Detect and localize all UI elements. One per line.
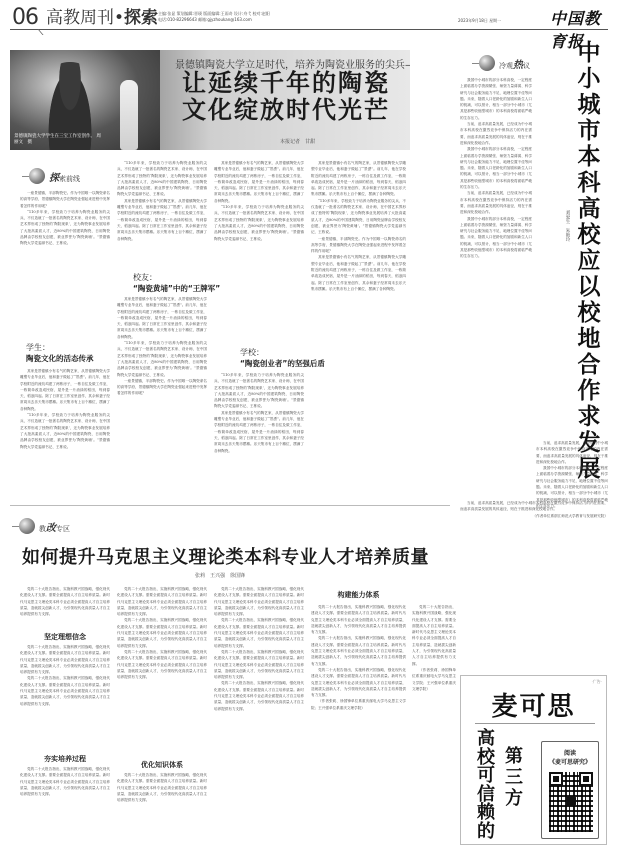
section-head-students: 学生： 陶瓷文化的活态传承 xyxy=(26,342,94,364)
body-text: 当前，追求高质量发展，已经成为中小城市本科高校在激烈竞争中保持活力的内在需要，而… xyxy=(460,121,532,146)
body-text: 当前，追求高质量发展，已经成为中小城市本科高校在激烈竞争中保持活力的内在需要，而… xyxy=(536,440,608,465)
badge-label: 冷观热议 xyxy=(499,56,530,71)
porcelain-statue xyxy=(120,80,138,150)
student-sculpting-photo: 景德镇陶瓷大学学生在三宝工作室创作。 周丽文 摄 xyxy=(10,50,160,150)
reform-column-1b: 党的二十大报告指出，实施科教兴国战略，强化现代化建设人才支撑。需要全面提高人才自… xyxy=(20,644,110,750)
commentary-intro: 我国中小城市的部分本科高校，一定程度上面临着办学资源紧张、师资力量薄弱、科学研究… xyxy=(460,77,532,121)
reform-column-2b: 党的二十大报告指出，实施科教兴国战略，强化现代化建设人才支撑。需要全面提高人才自… xyxy=(117,772,207,846)
body-text: 党的二十大报告指出，实施科教兴国战略，强化现代化建设人才支撑。需要全面提高人才自… xyxy=(117,586,207,617)
body-text: “110多年来，学校致力于培养为陶瓷业服务的尖兵，不仅造就了一批著名的陶瓷艺术家… xyxy=(214,372,304,410)
body-text: 一座景德镇，半部陶瓷史。作为中国唯一以陶瓷命名的高等学府，景德镇陶瓷大学在陶瓷业… xyxy=(117,378,207,397)
body-text: “110多年来，学校致力于培养为陶瓷业服务的尖兵，不仅造就了一批著名的陶瓷艺术家… xyxy=(20,412,110,450)
column-badge-commentary: 冷观热议 xyxy=(472,55,530,71)
subhead-ability: 构建能力体系 xyxy=(311,590,406,600)
badge-emphasis: 改 xyxy=(46,523,56,534)
globe-icon xyxy=(479,55,495,71)
globe-icon xyxy=(19,518,35,534)
globe-icon xyxy=(29,168,45,184)
lead-column-2b: 其家是景德镇小有名气的陶艺家，从景德镇陶瓷大学雕塑专业毕业后，他和妻子做起了“景… xyxy=(117,296,207,498)
body-text: 党的二十大报告指出，实施科教兴国战略，强化现代化建设人才支撑。需要全面提高人才自… xyxy=(117,617,207,648)
author-affiliation: （作者单位系浙江师范大学教育与发展研究院） xyxy=(460,513,608,519)
section-divider xyxy=(10,505,450,506)
body-text: 其家是景德镇小有名气的陶艺家，从景德镇陶瓷大学雕塑专业毕业后，他和妻子做起了“景… xyxy=(117,296,207,340)
body-text: 党的二十大报告指出，实施科教兴国战略，强化现代化建设人才支撑。需要全面提高人才自… xyxy=(20,766,110,797)
badge-rest: 索前线 xyxy=(59,175,80,183)
reform-intro: 党的二十大报告指出，实施科教兴国战略，强化现代化建设人才支撑。需要全面提高人才自… xyxy=(20,586,110,617)
ad-divider xyxy=(475,723,595,724)
reform-column-4: 党的二十大报告指出，实施科教兴国战略，强化现代化建设人才支撑。需要全面提高人才自… xyxy=(311,604,406,836)
commentary-column-1: 我国中小城市的部分本科高校，一定程度上面临着办学资源紧张、师资力量薄弱、科学研究… xyxy=(460,77,532,497)
subhead-knowledge: 优化知识体系 xyxy=(117,760,207,770)
lead-column-3: 其家是景德镇小有名气的陶艺家，从景德镇陶瓷大学雕塑专业毕业后，他和妻子做起了“景… xyxy=(214,160,304,325)
body-text: “110多年来，学校致力于培养为陶瓷业服务的尖兵，不仅造就了一批著名的陶瓷艺术家… xyxy=(214,204,304,242)
lead-intro: 一座景德镇，半部陶瓷史。作为中国唯一以陶瓷命名的高等学府，景德镇陶瓷大学在陶瓷业… xyxy=(20,190,110,209)
lead-column-4: 其家是景德镇小有名气的陶艺家，从景德镇陶瓷大学雕塑专业毕业后，他和妻子做起了“景… xyxy=(311,160,406,498)
lead-column-1: 一座景德镇，半部陶瓷史。作为中国唯一以陶瓷命名的高等学府，景德镇陶瓷大学在陶瓷业… xyxy=(20,190,110,330)
body-text: 其家是景德镇小有名气的陶艺家，从景德镇陶瓷大学雕塑专业毕业后，他和妻子做起了“景… xyxy=(311,254,406,292)
publication-name: 《麦可思研究》 xyxy=(542,758,598,767)
badge-prefix: 探 xyxy=(49,173,59,184)
editorial-credits: 主编:张显 策划编辑:晋瑛 版面编辑:王雨奇 设计:舟弋 校对:赵阳 电话:01… xyxy=(158,11,338,23)
reform-column-3: 党的二十大报告指出，实施科教兴国战略，强化现代化建设人才支撑。需要全面提高人才自… xyxy=(214,586,304,846)
subhead-process: 夯实培养过程 xyxy=(20,754,110,764)
qr-code-icon[interactable] xyxy=(549,772,593,832)
body-text: 党的二十大报告指出，实施科教兴国战略，强化现代化建设人才支撑。需要全面提高人才自… xyxy=(214,586,304,617)
body-text: “110多年来，学校致力于培养为陶瓷业服务的尖兵，不仅造就了一批著名的陶瓷艺术家… xyxy=(117,160,207,198)
reform-column-1c: 党的二十大报告指出，实施科教兴国战略，强化现代化建设人才支撑。需要全面提高人才自… xyxy=(20,766,110,846)
header-rule xyxy=(10,29,608,30)
badge-suffix: 专区 xyxy=(56,525,70,533)
body-text: 我国中小城市的部分本科高校，一定程度上面临着办学资源紧张、师资力量薄弱、科学研究… xyxy=(460,146,532,190)
commentary-column-3: 当前，追求高质量发展，已经成为中小城市本科高校在激烈竞争中保持活力的内在需要，而… xyxy=(460,500,608,540)
reform-column-1: 党的二十大报告指出，实施科教兴国战略，强化现代化建设人才支撑。需要全面提高人才自… xyxy=(20,586,110,628)
reform-column-5: 党的二十大报告指出，实施科教兴国战略，强化现代化建设人才支撑。需要全面提高人才自… xyxy=(412,604,456,836)
reform-column-2: 党的二十大报告指出，实施科教兴国战略，强化现代化建设人才支撑。需要全面提高人才自… xyxy=(117,586,207,756)
body-text: 当前，追求高质量发展，已经成为中小城市本科高校在激烈竞争中保持活力的内在需要，而… xyxy=(460,190,532,215)
author-affiliation: （作者张莉、徐国锋单位系重庆邮电大学马克思主义学院；王兴强单位系重庆文理学院） xyxy=(311,698,406,711)
ad-qr-panel[interactable]: 阅读 《麦可思研究》 xyxy=(541,741,599,839)
dateline: 2023年9月18日 星期一 xyxy=(458,18,501,24)
headline-line-1: 让延续千年的陶瓷 xyxy=(182,70,390,97)
subhead-ideals: 坚定理想信念 xyxy=(20,632,110,642)
section-kicker: 校友： xyxy=(133,272,220,283)
contact-line: 电话:010-82296643 邮箱:gjyzhoukan@163.com xyxy=(158,17,338,23)
second-byline: 张莉 王兴强 徐国锋 xyxy=(195,572,245,579)
body-text: 党的二十大报告指出，实施科教兴国战略，强化现代化建设人才支撑。需要全面提高人才自… xyxy=(117,772,207,803)
lead-column-2: “110多年来，学校致力于培养为陶瓷业服务的尖兵，不仅造就了一批著名的陶瓷艺术家… xyxy=(117,160,207,265)
section-head-alumni: 校友： “陶瓷黄埔”中的“王牌军” xyxy=(133,272,220,294)
body-text: 党的二十大报告指出，实施科教兴国战略，强化现代化建设人才支撑。需要全面提高人才自… xyxy=(214,649,304,680)
body-text: 当前，追求高质量发展，已经成为中小城市本科高校在激烈竞争中保持活力的内在需要，而… xyxy=(460,500,608,513)
body-text: 党的二十大报告指出，实施科教兴国战略，强化现代化建设人才支撑。需要全面提高人才自… xyxy=(311,635,406,666)
section-title-main: 高教周刊 xyxy=(46,8,114,28)
photo-caption: 景德镇陶瓷大学学生在三宝工作室创作。 周丽文 摄 xyxy=(14,134,104,146)
body-text: 其家是景德镇小有名气的陶艺家，从景德镇陶瓷大学雕塑专业毕业后，他和妻子做起了“景… xyxy=(20,368,110,412)
lead-column-1b: 其家是景德镇小有名气的陶艺家，从景德镇陶瓷大学雕塑专业毕业后，他和妻子做起了“景… xyxy=(20,368,110,498)
body-text: 其家是景德镇小有名气的陶艺家，从景德镇陶瓷大学雕塑专业毕业后，他和妻子做起了“景… xyxy=(214,160,304,204)
masthead: 06 高教周刊•探索 主编:张显 策划编辑:晋瑛 版面编辑:王雨奇 设计:舟弋 … xyxy=(10,4,610,32)
author-affiliation: （作者张莉、徐国锋单位系重庆邮电大学马克思主义学院；王兴强单位系重庆文理学院） xyxy=(412,667,456,692)
lead-article-hero: 景德镇陶瓷大学学生在三宝工作室创作。 周丽文 摄 景德镇陶瓷大学立足时代，培养为… xyxy=(10,50,410,150)
read-label: 阅读 xyxy=(542,749,598,758)
section-title: 高教周刊•探索 xyxy=(46,8,158,28)
body-text: 党的二十大报告指出，实施科教兴国战略，强化现代化建设人才支撑。需要全面提高人才自… xyxy=(214,680,304,711)
column-badge-explore: 探索前线 xyxy=(22,168,80,184)
badge-prefix: 教 xyxy=(39,525,46,533)
body-text: 其家是景德镇小有名气的陶艺家，从景德镇陶瓷大学雕塑专业毕业后，他和妻子做起了“景… xyxy=(311,160,406,198)
body-text: 党的二十大报告指出，实施科教兴国战略，强化现代化建设人才支撑。需要全面提高人才自… xyxy=(20,675,110,706)
body-text: 党的二十大报告指出，实施科教兴国战略，强化现代化建设人才支撑。需要全面提高人才自… xyxy=(412,604,456,667)
lead-para: “110多年来，学校致力于培养为陶瓷业服务的尖兵，不仅造就了一批著名的陶瓷艺术家… xyxy=(20,209,110,247)
body-text: “110多年来，学校致力于培养为陶瓷业服务的尖兵，不仅造就了一批著名的陶瓷艺术家… xyxy=(311,198,406,236)
badge-label: 探索前线 xyxy=(49,169,80,184)
body-text: 党的二十大报告指出，实施科教兴国战略，强化现代化建设人才支撑。需要全面提高人才自… xyxy=(311,667,406,698)
body-text: 党的二十大报告指出，实施科教兴国战略，强化现代化建设人才支撑。需要全面提高人才自… xyxy=(214,617,304,648)
ad-read-label: 阅读 《麦可思研究》 xyxy=(542,749,598,767)
commentary-byline: 刘爱生 朱艳玲 xyxy=(562,210,570,242)
body-text: “110多年来，学校致力于培养为陶瓷业服务的尖兵，不仅造就了一批著名的陶瓷艺术家… xyxy=(117,340,207,378)
lead-column-3b: “110多年来，学校致力于培养为陶瓷业服务的尖兵，不仅造就了一批著名的陶瓷艺术家… xyxy=(214,372,304,498)
body-text: 其家是景德镇小有名气的陶艺家，从景德镇陶瓷大学雕塑专业毕业后，他和妻子做起了“景… xyxy=(214,410,304,454)
lead-byline: 本报记者 甘甜 xyxy=(280,138,315,145)
body-text: 一座景德镇，半部陶瓷史。作为中国唯一以陶瓷命名的高等学府，景德镇陶瓷大学在陶瓷业… xyxy=(311,236,406,255)
second-headline: 如何提升马克思主义理论类本科专业人才培养质量 xyxy=(22,543,429,569)
page-number: 06 xyxy=(12,6,38,30)
badge-prefix: 冷观 xyxy=(499,62,513,70)
body-text: 党的二十大报告指出，实施科教兴国战略，强化现代化建设人才支撑。需要全面提高人才自… xyxy=(311,604,406,635)
commentary-headline: 中小城市本科高校应以校地合作求发展 xyxy=(574,40,604,482)
body-text: 党的二十大报告指出，实施科教兴国战略，强化现代化建设人才支撑。需要全面提高人才自… xyxy=(20,644,110,675)
ad-slogan-col-2: 第三方 xyxy=(503,746,525,809)
badge-label: 教改专区 xyxy=(39,519,70,534)
section-title-sub: 探索 xyxy=(124,8,158,28)
badge-suffix: 议 xyxy=(523,62,530,70)
body-text: 其家是景德镇小有名气的陶艺家，从景德镇陶瓷大学雕塑专业毕业后，他和妻子做起了“景… xyxy=(117,198,207,242)
body-text: 党的二十大报告指出，实施科教兴国战略，强化现代化建设人才支撑。需要全面提高人才自… xyxy=(117,649,207,680)
lead-headline: 让延续千年的陶瓷 文化绽放时代光芒 xyxy=(182,70,390,124)
column-badge-reform: 教改专区 xyxy=(12,518,70,534)
ad-brand: 麦可思 xyxy=(461,686,606,723)
badge-emphasis: 热 xyxy=(513,60,523,71)
qr-logo-icon xyxy=(566,796,576,806)
section-kicker: 学生： xyxy=(26,342,94,353)
headline-line-2: 文化绽放时代光芒 xyxy=(182,97,390,124)
ad-tag: ·广告· xyxy=(591,679,602,685)
ad-slogan-col-1: 高校可信赖的 xyxy=(475,730,497,841)
body-text: 我国中小城市的部分本科高校，一定程度上面临着办学资源紧张、师资力量薄弱、科学研究… xyxy=(460,216,532,260)
section-title: “陶瓷黄埔”中的“王牌军” xyxy=(133,283,220,294)
advertisement[interactable]: ·广告· 麦可思 高校可信赖的 第三方 阅读 《麦可思研究》 xyxy=(460,675,607,845)
section-title: 陶瓷文化的活态传承 xyxy=(26,353,94,364)
